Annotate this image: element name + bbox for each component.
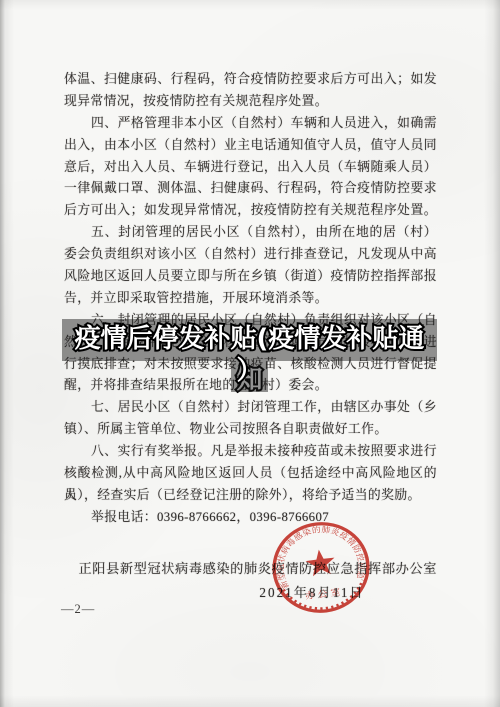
document-line: 五、封闭管理的居民小区（自然村），由所在地的居（村） bbox=[64, 222, 437, 244]
svg-text:正阳县新型冠状病毒感染的肺炎疫情防控应急指挥部: 正阳县新型冠状病毒感染的肺炎疫情防控应急指挥部 bbox=[265, 514, 370, 592]
document-line: 一律佩戴口罩、测体温、扫健康码、行程码，符合疫情防控要求 bbox=[64, 178, 437, 200]
document-line: 意后，对出入人员、车辆进行登记，出入人员（车辆随乘人员） bbox=[64, 157, 437, 179]
banner-line-2: ） bbox=[231, 361, 267, 392]
document-line: 核酸检测,从中高风险地区返回人员（包括途经中高风险地区的人 bbox=[64, 463, 437, 485]
document-line: 四、严格管理非本小区（自然村）车辆和人员进入，如确需 bbox=[64, 113, 437, 135]
seal-bottom-text: 办公室 bbox=[305, 586, 344, 602]
headline-banner: 疫情后停发补贴(疫情发补贴通知 ） bbox=[62, 319, 437, 392]
document-line: 后方可出入；如发现异常情况，按疫情防控有关规范程序处置。 bbox=[64, 200, 437, 222]
document-line: 出入，由本小区（自然村）业主电话通知值守人员，值守人员同 bbox=[64, 135, 437, 157]
document-line: 体温、扫健康码、行程码，符合疫情防控要求后方可出入；如发 bbox=[64, 69, 437, 91]
scanned-document-photo: 体温、扫健康码、行程码，符合疫情防控要求后方可出入；如发现异常情况，按疫情防控有… bbox=[0, 0, 500, 707]
document-line: 举报电话：0396-8766662，0396-8766607 bbox=[64, 507, 437, 529]
document-line: 告，并立即采取管控措施，开展环境消杀等。 bbox=[64, 288, 437, 310]
page-number: —2— bbox=[61, 602, 95, 617]
document-body: 体温、扫健康码、行程码，符合疫情防控要求后方可出入；如发现异常情况，按疫情防控有… bbox=[64, 69, 437, 529]
red-star-icon bbox=[304, 548, 336, 577]
document-line: 风险地区返回人员要立即与所在乡镇（街道）疫情防控指挥部报 bbox=[64, 266, 437, 288]
official-seal: 正阳县新型冠状病毒感染的肺炎疫情防控应急指挥部 办公室 bbox=[265, 514, 378, 621]
document-line: 现异常情况，按疫情防控有关规范程序处置。 bbox=[64, 91, 437, 113]
document-line: 八、实行有奖举报。凡是举报未接种疫苗或未按照要求进行 bbox=[64, 441, 437, 463]
document-line: 镇）、所属主管单位、物业公司按照各自职责做好工作。 bbox=[64, 419, 437, 441]
seal-ring-text: 正阳县新型冠状病毒感染的肺炎疫情防控应急指挥部 bbox=[265, 514, 370, 592]
banner-line-1: 疫情后停发补贴(疫情发补贴通知 bbox=[62, 319, 437, 361]
document-line: 员），经查实后（已经登记注册的除外），将给予适当的奖励。 bbox=[64, 485, 437, 507]
signature-line: 正阳县新型冠状病毒感染的肺炎疫情防控应急指挥部办公室 bbox=[79, 558, 437, 577]
document-line: 委会负责组织对该小区（自然村）进行排查登记，凡发现从中高 bbox=[64, 244, 437, 266]
